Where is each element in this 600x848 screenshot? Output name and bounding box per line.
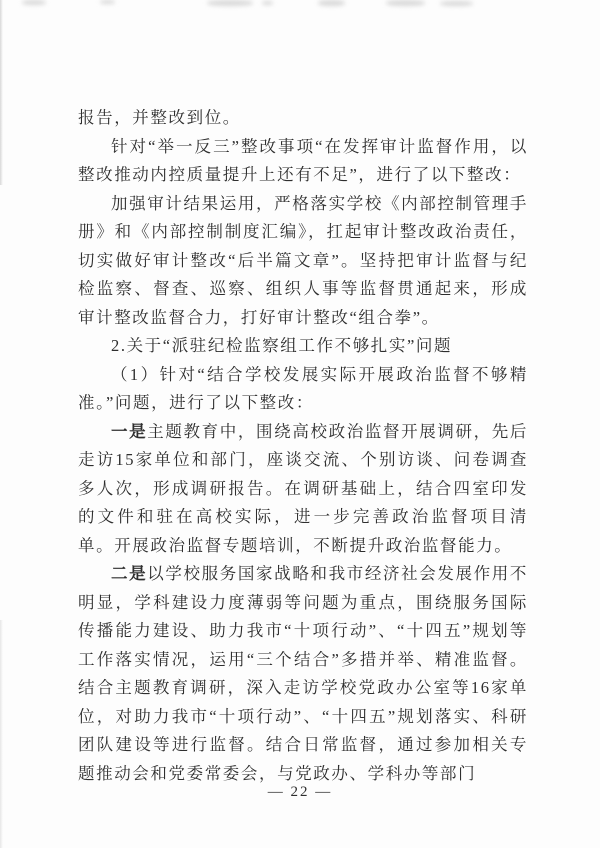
paragraph-text: 针对“举一反三”整改事项“在发挥审计监督作用，以整改推动内控质量提升上还有不足”… xyxy=(78,137,528,185)
paragraph: 二是以学校服务国家战略和我市经济社会发展作用不明显，学科建设力度薄弱等问题为重点… xyxy=(78,560,528,788)
scan-artifact xyxy=(386,0,425,6)
scan-edge-shadow xyxy=(0,620,3,848)
paragraph: 一是主题教育中，围绕高校政治监督开展调研，先后走访15家单位和部门，座谈交流、个… xyxy=(78,418,528,561)
scan-artifact xyxy=(100,0,115,4)
scan-artifact xyxy=(207,0,253,6)
paragraph-lead: 二是 xyxy=(111,564,147,583)
page-content: 报告，并整改到位。 针对“举一反三”整改事项“在发挥审计监督作用，以整改推动内控… xyxy=(78,104,528,788)
paragraph: 报告，并整改到位。 xyxy=(78,104,528,133)
scan-edge-shadow xyxy=(0,0,3,185)
paragraph-lead: 一是 xyxy=(111,422,147,441)
paragraph-text: 以学校服务国家战略和我市经济社会发展作用不明显，学科建设力度薄弱等问题为重点，围… xyxy=(78,564,528,783)
paragraph: 加强审计结果运用，严格落实学校《内部控制管理手册》和《内部控制制度汇编》，扛起审… xyxy=(78,190,528,333)
paragraph-text: （1）针对“结合学校发展实际开展政治监督不够精准。”问题，进行了以下整改： xyxy=(78,365,528,413)
scan-artifact xyxy=(262,1,273,5)
paragraph: （1）针对“结合学校发展实际开展政治监督不够精准。”问题，进行了以下整改： xyxy=(78,361,528,418)
paragraph-text: 主题教育中，围绕高校政治监督开展调研，先后走访15家单位和部门，座谈交流、个别访… xyxy=(78,422,528,555)
paragraph-text: 报告，并整改到位。 xyxy=(78,108,241,127)
scan-artifact xyxy=(22,0,46,5)
paragraph-text: 2.关于“派驻纪检监察组工作不够扎实”问题 xyxy=(111,336,452,355)
page-number: — 22 — xyxy=(0,784,600,801)
paragraph-section-heading: 2.关于“派驻纪检监察组工作不够扎实”问题 xyxy=(78,332,528,361)
document-page: 报告，并整改到位。 针对“举一反三”整改事项“在发挥审计监督作用，以整改推动内控… xyxy=(0,0,600,848)
paragraph: 针对“举一反三”整改事项“在发挥审计监督作用，以整改推动内控质量提升上还有不足”… xyxy=(78,133,528,190)
scan-artifact xyxy=(318,0,345,6)
paragraph-text: 加强审计结果运用，严格落实学校《内部控制管理手册》和《内部控制制度汇编》，扛起审… xyxy=(78,194,528,327)
scan-artifact xyxy=(440,1,473,6)
